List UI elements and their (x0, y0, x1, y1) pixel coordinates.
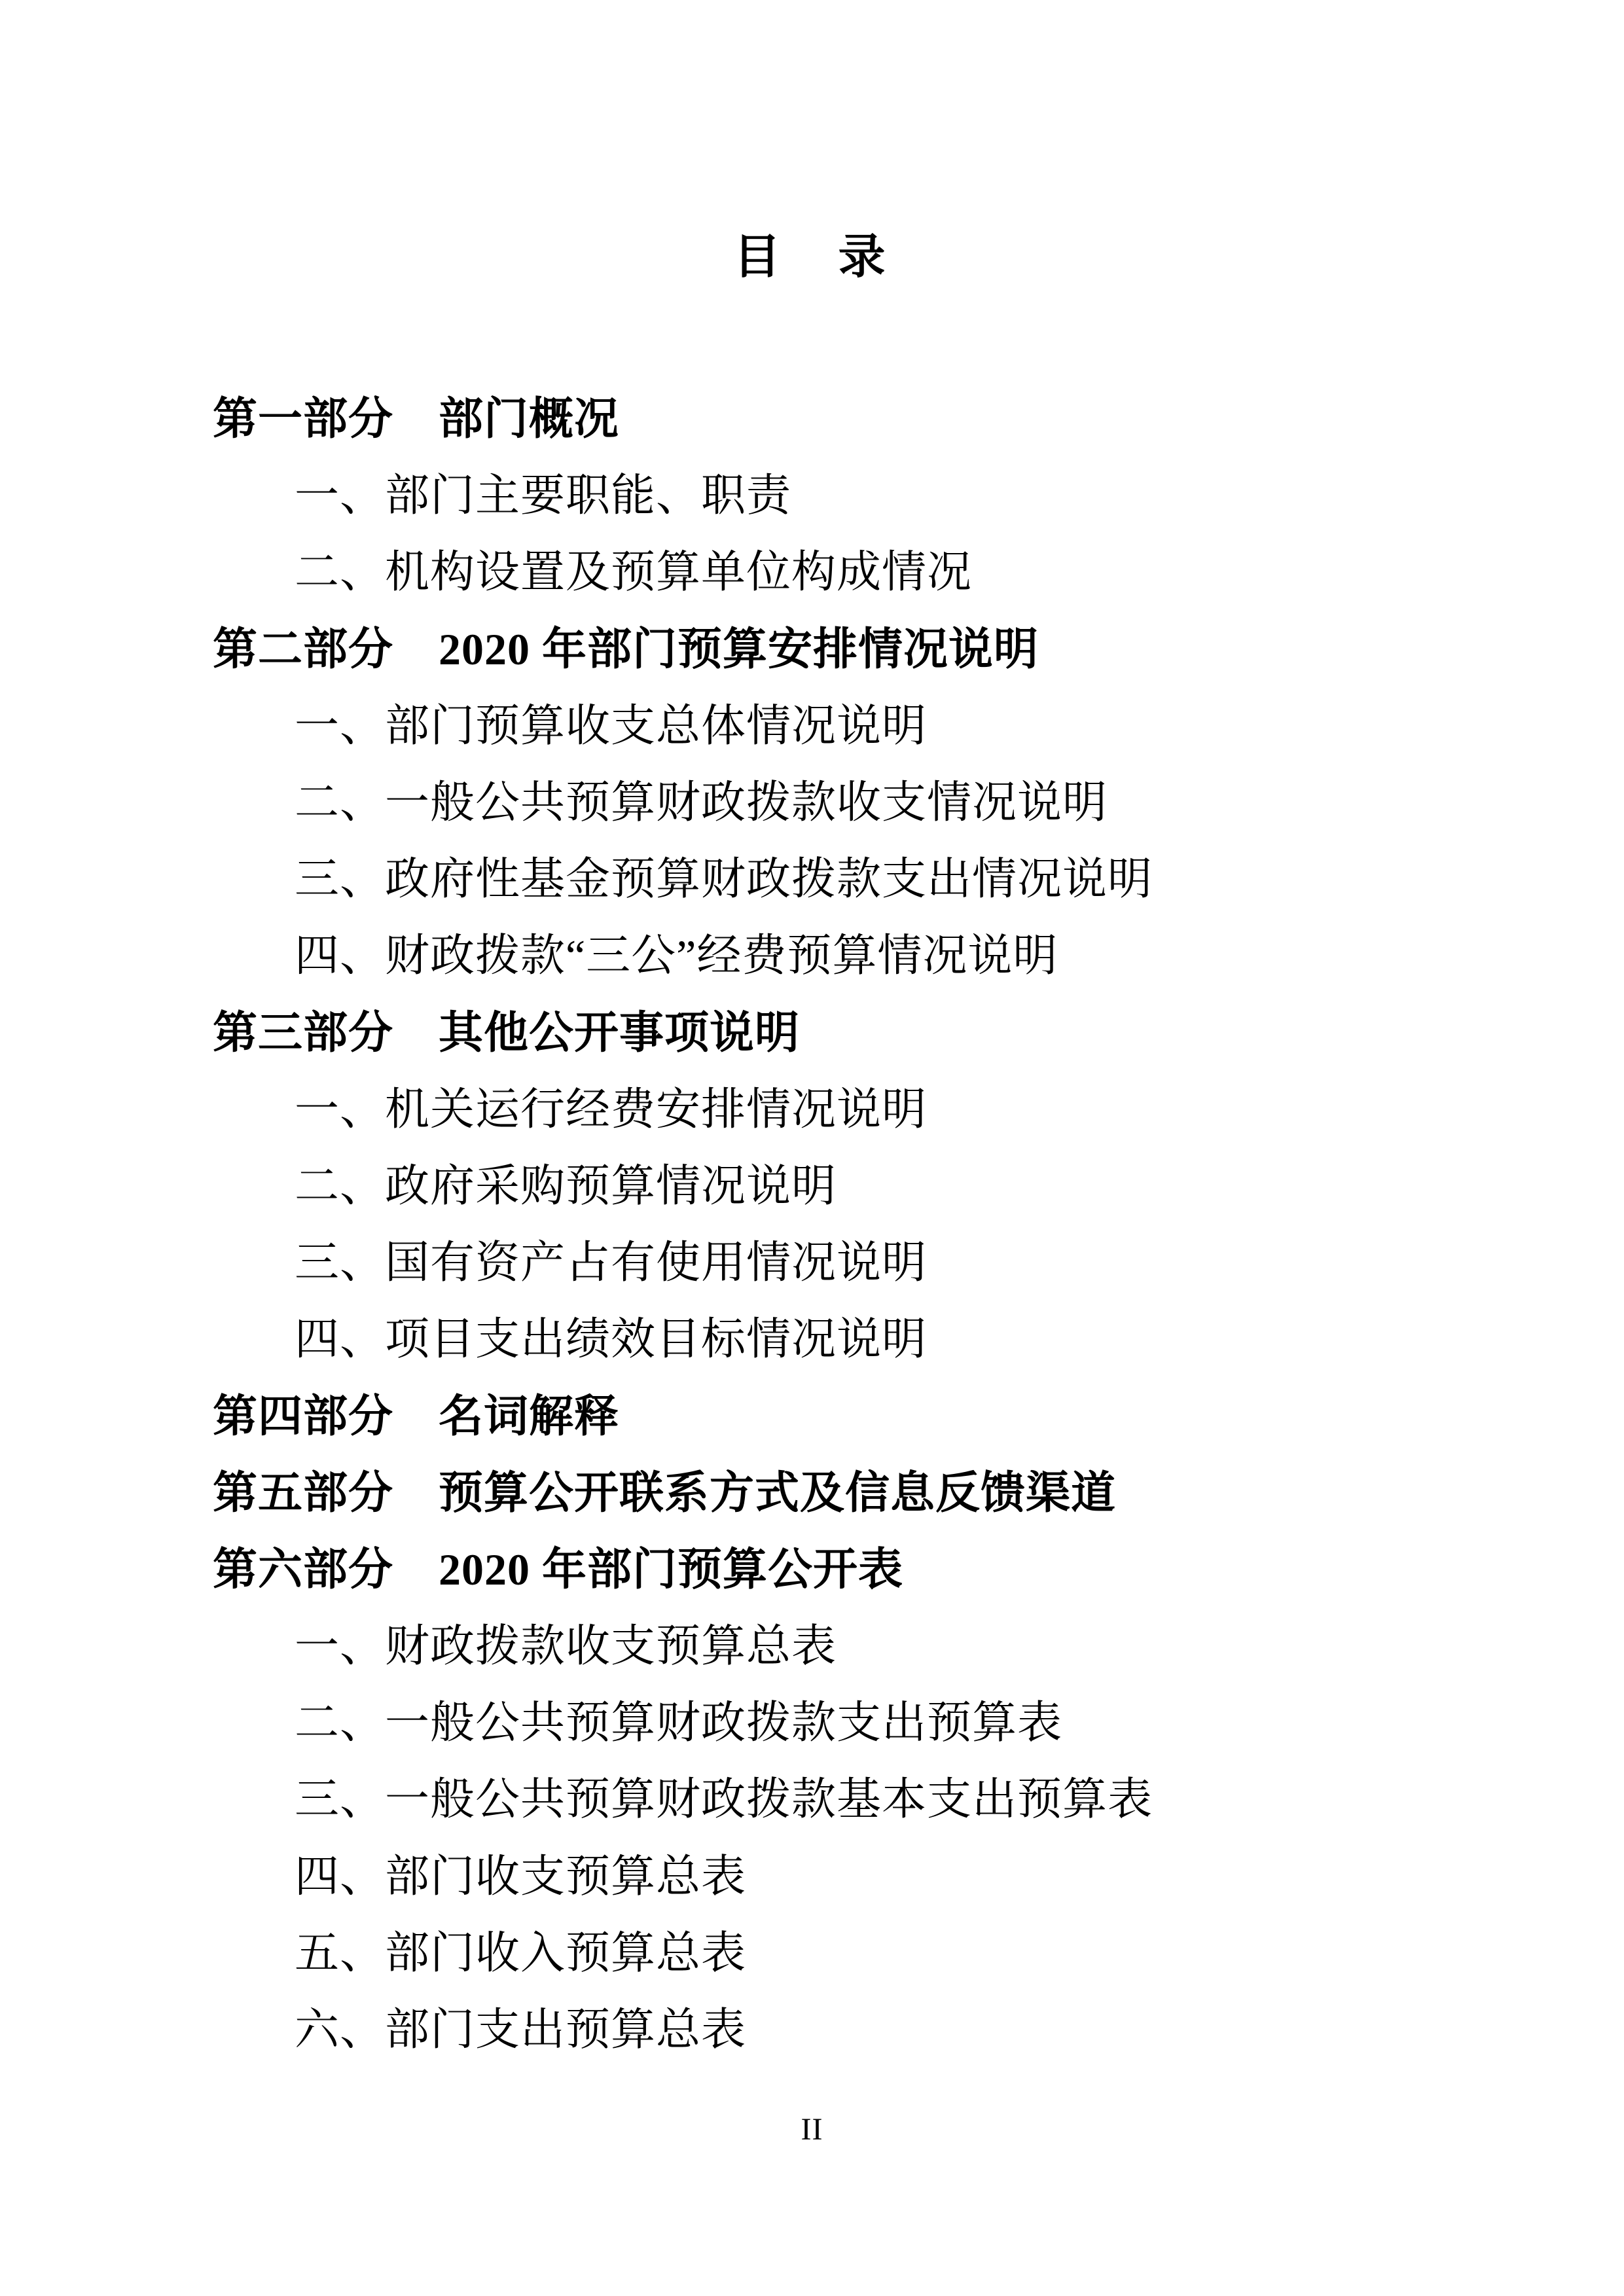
document-page: 目 录 第一部分 部门概况一、部门主要职能、职责二、机构设置及预算单位构成情况第… (0, 0, 1624, 2296)
toc-item: 二、政府采购预算情况说明 (0, 1144, 1624, 1221)
toc-item: 一、部门预算收支总体情况说明 (0, 684, 1624, 761)
toc-item: 四、部门收支预算总表 (0, 1835, 1624, 1911)
toc-item: 一、机关运行经费安排情况说明 (0, 1067, 1624, 1144)
page-title: 目 录 (0, 219, 1624, 296)
toc-section-heading: 第五部分 预算公开联系方式及信息反馈渠道 (0, 1451, 1624, 1528)
toc-item: 四、财政拨款“三公”经费预算情况说明 (0, 914, 1624, 990)
toc-section-heading: 第六部分 2020 年部门预算公开表 (0, 1528, 1624, 1604)
page-number: II (0, 2111, 1624, 2147)
toc-section-heading: 第一部分 部门概况 (0, 377, 1624, 454)
toc-list: 第一部分 部门概况一、部门主要职能、职责二、机构设置及预算单位构成情况第二部分 … (0, 377, 1624, 2064)
toc-item: 六、部门支出预算总表 (0, 1988, 1624, 2064)
toc-item: 三、一般公共预算财政拨款基本支出预算表 (0, 1757, 1624, 1834)
toc-item: 二、机构设置及预算单位构成情况 (0, 530, 1624, 607)
toc-item: 二、一般公共预算财政拨款收支情况说明 (0, 761, 1624, 837)
toc-section-heading: 第二部分 2020 年部门预算安排情况说明 (0, 607, 1624, 684)
toc-item: 三、国有资产占有使用情况说明 (0, 1221, 1624, 1297)
toc-item: 一、财政拨款收支预算总表 (0, 1604, 1624, 1681)
toc-item: 四、项目支出绩效目标情况说明 (0, 1297, 1624, 1374)
toc-item: 三、政府性基金预算财政拨款支出情况说明 (0, 837, 1624, 914)
toc-item: 一、部门主要职能、职责 (0, 454, 1624, 530)
toc-section-heading: 第四部分 名词解释 (0, 1374, 1624, 1450)
toc-section-heading: 第三部分 其他公开事项说明 (0, 991, 1624, 1067)
toc-item: 五、部门收入预算总表 (0, 1911, 1624, 1988)
toc-item: 二、一般公共预算财政拨款支出预算表 (0, 1681, 1624, 1757)
